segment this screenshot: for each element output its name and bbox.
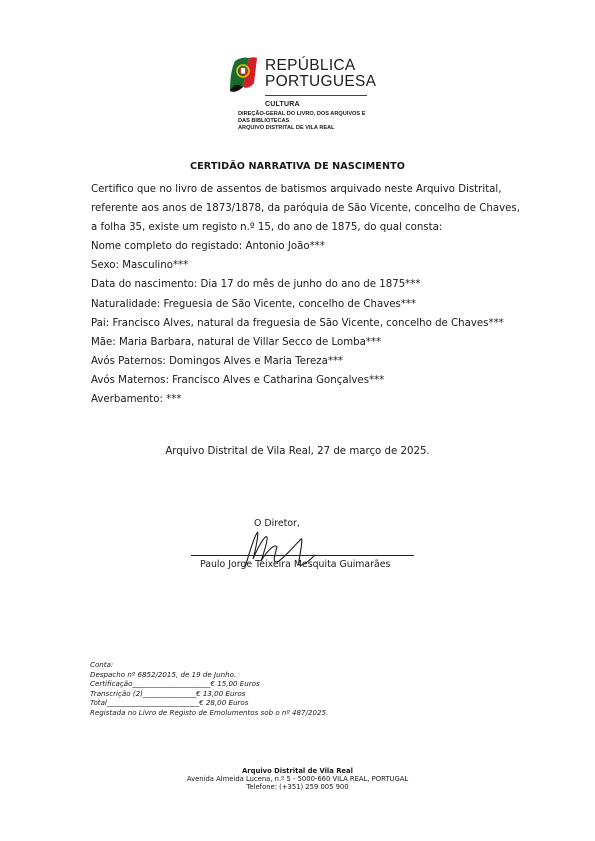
field-value: Domingos Alves e Maria Tereza*** (169, 356, 343, 367)
republic-line1: REPÚBLICA (265, 58, 376, 74)
portugal-republic-emblem-icon (229, 57, 257, 93)
record-field: Avós Paternos: Domingos Alves e Maria Te… (91, 352, 531, 371)
directorate-line2: DAS BIBLIOTECAS (238, 118, 365, 125)
intro-line: referente aos anos de 1873/1878, da paró… (91, 199, 531, 218)
republic-line2: PORTUGUESA (265, 74, 376, 90)
signature-line (191, 555, 414, 556)
header-divider (265, 95, 367, 96)
fee-leader: __________________________ (107, 698, 199, 707)
record-field: Mãe: Maria Barbara, natural de Villar Se… (91, 333, 531, 352)
fees-despacho: Despacho nº 6852/2015, de 19 de Junho. (90, 670, 328, 680)
fee-label: Total (90, 698, 107, 707)
record-field: Naturalidade: Freguesia de São Vicente, … (91, 295, 531, 314)
record-field: Pai: Francisco Alves, natural da fregues… (91, 314, 531, 333)
place-date: Arquivo Distrital de Vila Real, 27 de ma… (0, 446, 595, 457)
field-label: Avós Paternos: (91, 356, 166, 367)
ministry-label: CULTURA (265, 101, 300, 108)
field-value: Maria Barbara, natural de Villar Secco d… (119, 337, 381, 348)
record-field: Averbamento: *** (91, 390, 531, 409)
signatory-name: Paulo Jorge Teixeira Mesquita Guimarães (200, 559, 390, 570)
footer-phone: Telefone: (+351) 259 005 900 (0, 783, 595, 791)
field-label: Nome completo do registado: (91, 241, 242, 252)
field-label: Averbamento: (91, 394, 163, 405)
fee-label: Transcrição (2) (90, 689, 143, 698)
fees-heading: Conta: (90, 660, 328, 670)
intro-line: a folha 35, existe um registo n.º 15, do… (91, 218, 531, 237)
field-label: Avós Maternos: (91, 375, 169, 386)
fee-items: Certificação______________________€ 15,0… (90, 679, 328, 708)
fee-item: Certificação______________________€ 15,0… (90, 679, 328, 689)
record-field: Sexo: Masculino*** (91, 256, 531, 275)
fee-item: Transcrição (2)_______________€ 13,00 Eu… (90, 689, 328, 699)
field-value: Francisco Alves, natural da freguesia de… (112, 318, 503, 329)
field-value: Antonio João*** (245, 241, 324, 252)
footer-archive-name: Arquivo Distrital de Vila Real (0, 767, 595, 775)
fees-block: Conta: Despacho nº 6852/2015, de 19 de J… (90, 660, 328, 718)
record-field: Data do nascimento: Dia 17 do mês de jun… (91, 275, 531, 294)
field-label: Pai: (91, 318, 109, 329)
field-value: *** (166, 394, 181, 405)
directorate-block: DIREÇÃO-GERAL DO LIVRO, DOS ARQUIVOS E D… (238, 111, 365, 132)
fee-amount: € 28,00 Euros (199, 698, 248, 707)
record-field: Nome completo do registado: Antonio João… (91, 237, 531, 256)
field-value: Freguesia de São Vicente, concelho de Ch… (164, 299, 417, 310)
footer-address: Avenida Almeida Lucena, n.º 5 - 5000-660… (0, 775, 595, 783)
archive-name: ARQUIVO DISTRITAL DE VILA REAL (238, 125, 365, 132)
fee-leader: _______________ (143, 689, 196, 698)
document-title: CERTIDÃO NARRATIVA DE NASCIMENTO (0, 161, 595, 172)
field-value: Dia 17 do mês de junho do ano de 1875*** (201, 279, 421, 290)
fee-label: Certificação (90, 679, 132, 688)
fee-amount: € 15,00 Euros (210, 679, 259, 688)
certificate-body: Certifico que no livro de assentos de ba… (91, 180, 531, 409)
fee-amount: € 13,00 Euros (196, 689, 245, 698)
field-label: Sexo: (91, 260, 119, 271)
fees-registry-note: Registada no Livro de Registo de Emolume… (90, 708, 328, 718)
directorate-line1: DIREÇÃO-GERAL DO LIVRO, DOS ARQUIVOS E (238, 111, 365, 118)
field-label: Mãe: (91, 337, 116, 348)
intro-line: Certifico que no livro de assentos de ba… (91, 180, 531, 199)
record-field: Avós Maternos: Francisco Alves e Cathari… (91, 371, 531, 390)
field-value: Masculino*** (122, 260, 188, 271)
footer: Arquivo Distrital de Vila Real Avenida A… (0, 767, 595, 792)
fee-item: Total__________________________€ 28,00 E… (90, 698, 328, 708)
fee-leader: ______________________ (132, 679, 210, 688)
field-label: Naturalidade: (91, 299, 160, 310)
record-fields: Nome completo do registado: Antonio João… (91, 237, 531, 409)
field-value: Francisco Alves e Catharina Gonçalves*** (172, 375, 384, 386)
republic-wordmark: REPÚBLICA PORTUGUESA (265, 58, 376, 90)
field-label: Data do nascimento: (91, 279, 197, 290)
